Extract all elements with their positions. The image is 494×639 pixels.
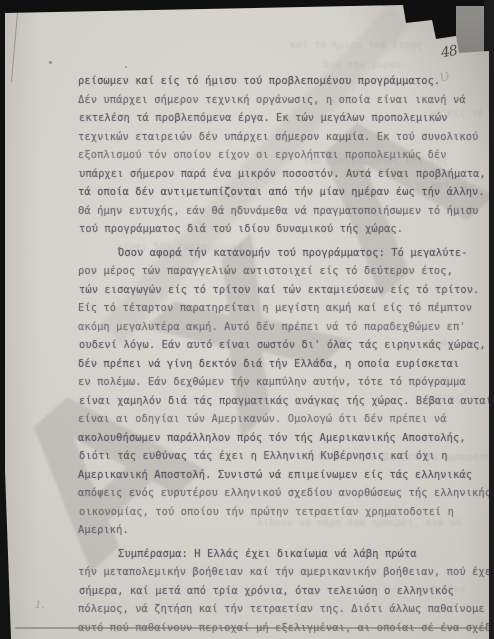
text-line: Αμερικανική Αποστολή. Συνιστώ νά επιμείν… xyxy=(78,466,470,485)
text-line: Δέν υπάρχει σήμερον τεχνική οργάνωσις, η… xyxy=(78,91,470,110)
text-line: σήμερα, καί μετά από τρία χρόνια, όταν τ… xyxy=(79,582,471,601)
text-line: ακολουθήσωμεν παράλληλον πρός τόν τής Αμ… xyxy=(78,429,470,448)
page-edge-line xyxy=(11,12,18,82)
scanned-document: ΑΧΛ 48 υ ρείσωμεν καί είς τό ήμισυ τού π… xyxy=(0,0,494,639)
text-line: τού προγράμματος διά τού ιδίου δυναμικού… xyxy=(79,220,471,239)
paragraph: Συμπέρασμα: Η Ελλάς έχει δικαίωμα νά λάβ… xyxy=(78,545,470,638)
text-line: πόλεμος, νά ζητήση καί τήν τετραετίαν τη… xyxy=(78,600,470,619)
text-line: Συμπέρασμα: Η Ελλάς έχει δικαίωμα νά λάβ… xyxy=(78,545,470,564)
text-line: απόψεις ενός ευρυτέρου ελληνικού σχεδίου… xyxy=(78,484,470,503)
text-line: εν πολέμω. Εάν δεχθώμεν τήν καμπύλην αυτ… xyxy=(78,373,470,392)
text-line: ακόμη μεγαλυτέρα ακμή. Αυτό δέν πρέπει ν… xyxy=(78,318,470,337)
text-line: διότι τάς ευθύνας τάς έχει η Ελληνική Κυ… xyxy=(79,447,471,466)
text-line: Θά ήμην ευτυχής, εάν θά ηδυνάμεθα νά πρα… xyxy=(78,202,470,221)
text-line: Όσον αφορά τήν κατανομήν τού προγράμματο… xyxy=(78,244,470,263)
text-line: ρον μέρος τών παραγγελιών αντιστοιχεί εί… xyxy=(78,262,470,281)
text-line: είναι χαμηλόν διά τάς πραγματικάς ανάγκα… xyxy=(79,392,471,411)
text-line: ρείσωμεν καί είς τό ήμισυ τού προβλεπομέ… xyxy=(78,72,470,91)
handwritten-page-number: 48 xyxy=(440,43,458,62)
text-line: τών εισαγωγών είς τό τρίτον καί τών εκτα… xyxy=(79,281,471,300)
text-line: τήν μεταπολεμικήν βοήθειαν καί τήν αμερι… xyxy=(78,563,470,582)
pencil-mark: 1. xyxy=(35,600,45,611)
paragraph: Όσον αφορά τήν κατανομήν τού προγράμματο… xyxy=(78,244,470,540)
scan-speck xyxy=(49,61,52,64)
text-line: Είς τό τέταρτον παρατηρείται η μεγίστη α… xyxy=(78,299,470,318)
paragraph: ρείσωμεν καί είς τό ήμισυ τού προβλεπομέ… xyxy=(78,72,470,239)
text-line: είναι αι οδηγίαι τών Αμερικανών. Ομολογώ… xyxy=(78,410,470,429)
text-line: υπάρχει σήμερον παρά ένα μικρόν ποσοστόν… xyxy=(79,165,471,184)
text-line: τά οποία δέν αντιμετωπίζονται από τήν μί… xyxy=(78,183,470,202)
page-bottom-edge xyxy=(15,627,489,629)
text-line: Αμερική. xyxy=(78,521,470,540)
text-line: εξοπλισμού τόν οποίον είχον οι εργολήπτα… xyxy=(78,146,470,165)
text-line: δέν πρέπει νά γίνη δεκτόν διά τήν Ελλάδα… xyxy=(78,355,470,374)
text-line: εκτελέση τά προβλεπόμενα έργα. Εκ τών με… xyxy=(79,109,471,128)
text-line: τεχνικών εταιρειών δέν υπάρχει σήμερον κ… xyxy=(78,128,470,147)
document-page: ΑΧΛ 48 υ ρείσωμεν καί είς τό ήμισυ τού π… xyxy=(5,0,489,639)
typewritten-text: ρείσωμεν καί είς τό ήμισυ τού προβλεπομέ… xyxy=(78,72,470,637)
text-line: ουδενί λόγω. Εάν αυτό είναι σωστόν δι' ό… xyxy=(79,336,471,355)
scan-speck xyxy=(125,66,127,68)
text-line: οικονομίας, τού οποίου τήν πρώτην τετραε… xyxy=(79,503,471,522)
